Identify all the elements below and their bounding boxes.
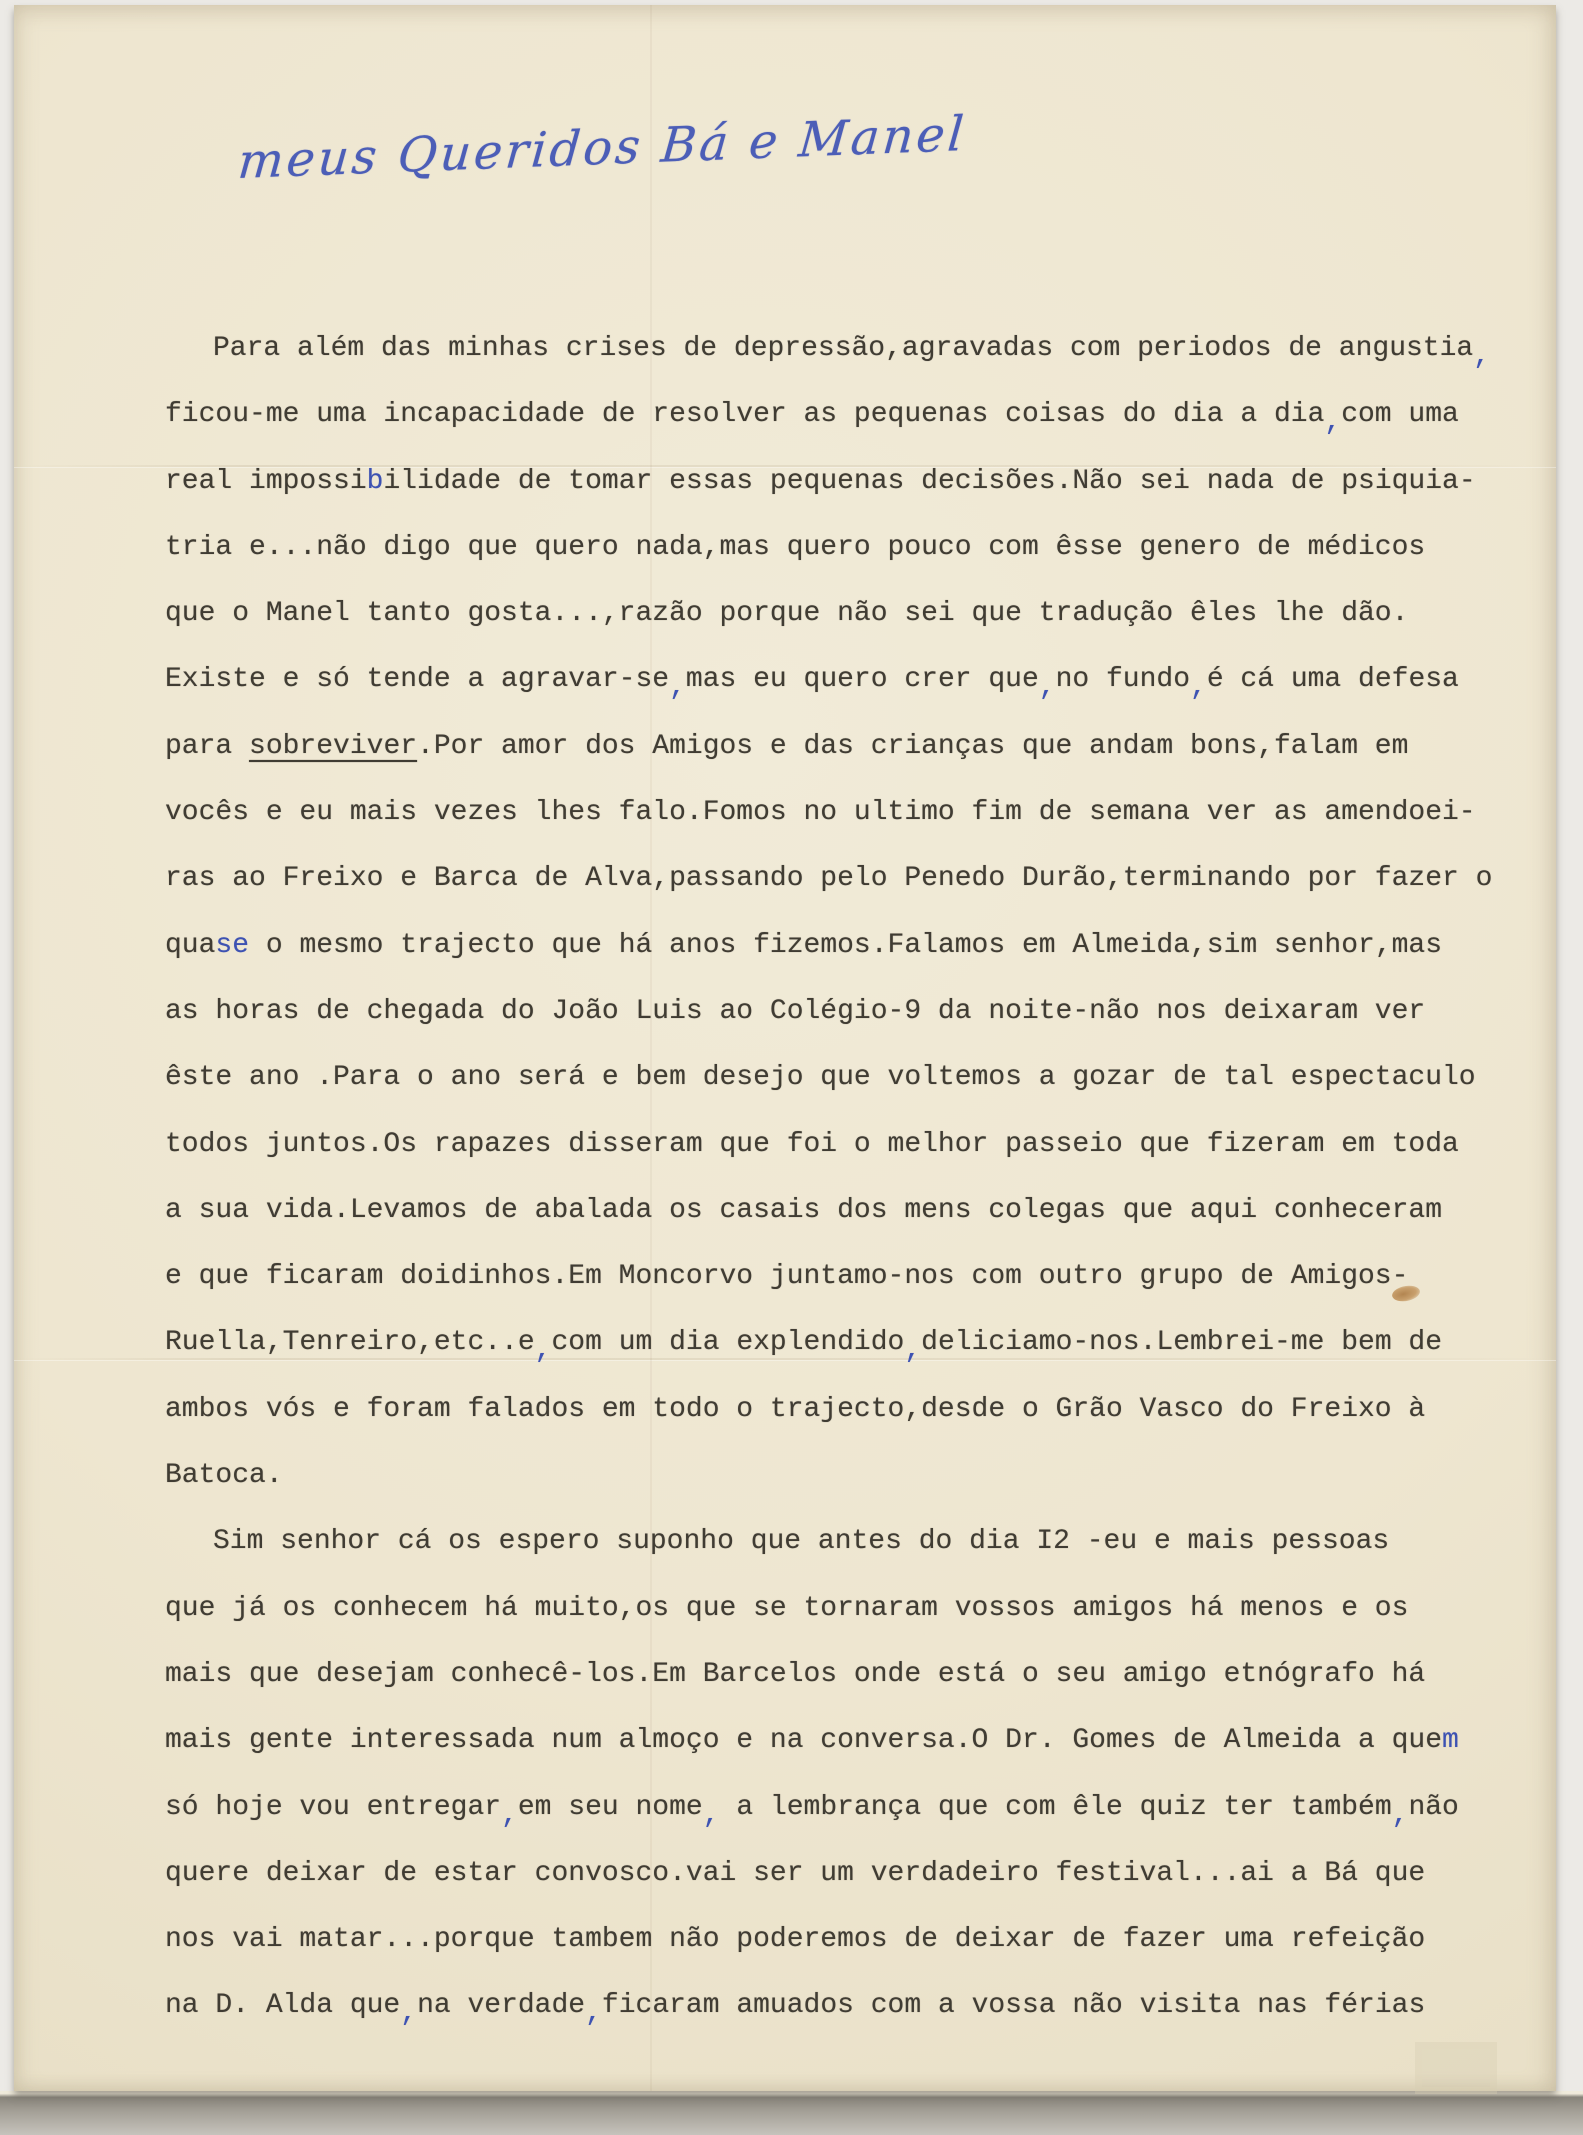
typewritten-text: ras ao Freixo e Barca de Alva,passando p… <box>165 863 1492 894</box>
pen-correction: , <box>535 1318 552 1384</box>
letter-line: ras ao Freixo e Barca de Alva,passando p… <box>165 846 1492 912</box>
typewritten-text: .Por amor dos Amigos e das crianças que … <box>417 731 1408 762</box>
typewritten-text: tria e...não digo que quero nada,mas que… <box>165 532 1425 563</box>
pen-correction: , <box>501 1783 518 1849</box>
typewritten-text: deliciamo-nos.Lembrei-me bem de <box>921 1327 1442 1358</box>
letter-line: a sua vida.Levamos de abalada os casais … <box>165 1178 1492 1244</box>
typewritten-text: qua <box>165 930 215 961</box>
letter-line: quase o mesmo trajecto que há anos fizem… <box>165 913 1492 979</box>
typewritten-text: a sua vida.Levamos de abalada os casais … <box>165 1195 1442 1226</box>
pen-correction: , <box>1324 390 1341 456</box>
typewritten-text: sobreviver <box>249 731 417 762</box>
pen-correction: , <box>669 655 686 721</box>
typewritten-text: a lembrança que com êle quiz ter também <box>720 1792 1392 1823</box>
typewritten-text: para <box>165 731 249 762</box>
scan-table-background <box>0 2091 1583 2135</box>
typewritten-text: vocês e eu mais vezes lhes falo.Fomos no… <box>165 797 1476 828</box>
typewritten-text: as horas de chegada do João Luis ao Colé… <box>165 996 1425 1027</box>
typewritten-text: só hoje vou entregar <box>165 1792 501 1823</box>
typewritten-text: Sim senhor cá os espero suponho que ante… <box>213 1526 1389 1557</box>
letter-line: para sobreviver.Por amor dos Amigos e da… <box>165 714 1492 780</box>
pen-correction: , <box>1190 655 1207 721</box>
typewritten-text: Batoca. <box>165 1460 283 1491</box>
letter-line: mais gente interessada num almoço e na c… <box>165 1708 1492 1774</box>
typewritten-text: êste ano .Para o ano será e bem desejo q… <box>165 1062 1476 1093</box>
typewritten-text: Ruella,Tenreiro,etc..e <box>165 1327 535 1358</box>
letter-line: ambos vós e foram falados em todo o traj… <box>165 1377 1492 1443</box>
letter-line: Existe e só tende a agravar-se,mas eu qu… <box>165 647 1492 713</box>
typewritten-text: ilidade de tomar essas pequenas decisões… <box>383 466 1475 497</box>
typewritten-text: é cá uma defesa <box>1207 664 1459 695</box>
pen-correction: , <box>703 1783 720 1849</box>
typewritten-text: ficaram amuados com a vossa não visita n… <box>602 1990 1425 2021</box>
pen-correction: , <box>1392 1783 1409 1849</box>
pen-correction: , <box>400 1981 417 2047</box>
typewritten-text: que já os conhecem há muito,os que se to… <box>165 1593 1408 1624</box>
typewritten-text: mas eu quero crer que <box>686 664 1039 695</box>
typewritten-text: nos vai matar...porque tambem não podere… <box>165 1924 1425 1955</box>
typewritten-text: no fundo <box>1056 664 1190 695</box>
faint-stamp <box>1415 2042 1497 2094</box>
typewritten-text: com uma <box>1341 399 1459 430</box>
letter-line: tria e...não digo que quero nada,mas que… <box>165 515 1492 581</box>
pen-correction: , <box>904 1318 921 1384</box>
letter-line: nos vai matar...porque tambem não podere… <box>165 1907 1492 1973</box>
letter-line: Ruella,Tenreiro,etc..e,com um dia explen… <box>165 1310 1492 1376</box>
letter-body: Para além das minhas crises de depressão… <box>165 316 1492 2040</box>
letter-line: vocês e eu mais vezes lhes falo.Fomos no… <box>165 780 1492 846</box>
letter-line: êste ano .Para o ano será e bem desejo q… <box>165 1045 1492 1111</box>
letter-line: Sim senhor cá os espero suponho que ante… <box>165 1509 1492 1575</box>
letter-line: só hoje vou entregar,em seu nome, a lemb… <box>165 1775 1492 1841</box>
typewritten-text: na verdade <box>417 1990 585 2021</box>
typewritten-text: com um dia explendido <box>551 1327 904 1358</box>
typewritten-text: todos juntos.Os rapazes disseram que foi… <box>165 1129 1459 1160</box>
letter-line: ficou-me uma incapacidade de resolver as… <box>165 382 1492 448</box>
pen-correction: b <box>367 466 384 497</box>
letter-line: real impossibilidade de tomar essas pequ… <box>165 449 1492 515</box>
typewritten-text: na D. Alda que <box>165 1990 400 2021</box>
pen-correction: , <box>1039 655 1056 721</box>
typewritten-text: em seu nome <box>518 1792 703 1823</box>
typewritten-text: real impossi <box>165 466 367 497</box>
typewritten-text: Para além das minhas crises de depressão… <box>213 333 1473 364</box>
pen-correction: m <box>1442 1725 1459 1756</box>
typewritten-text: mais que desejam conhecê-los.Em Barcelos… <box>165 1659 1425 1690</box>
typewritten-text: Existe e só tende a agravar-se <box>165 664 669 695</box>
pen-correction: se <box>215 930 249 961</box>
letter-line: que já os conhecem há muito,os que se to… <box>165 1576 1492 1642</box>
letter-line: mais que desejam conhecê-los.Em Barcelos… <box>165 1642 1492 1708</box>
typewritten-text: ambos vós e foram falados em todo o traj… <box>165 1394 1425 1425</box>
letter-line: as horas de chegada do João Luis ao Colé… <box>165 979 1492 1045</box>
letter-line: todos juntos.Os rapazes disseram que foi… <box>165 1112 1492 1178</box>
letter-line: e que ficaram doidinhos.Em Moncorvo junt… <box>165 1244 1492 1310</box>
pen-correction: , <box>1473 324 1490 390</box>
typewritten-text: não <box>1408 1792 1458 1823</box>
letter-line: que o Manel tanto gosta...,razão porque … <box>165 581 1492 647</box>
typewritten-text: mais gente interessada num almoço e na c… <box>165 1725 1442 1756</box>
typewritten-text: o mesmo trajecto que há anos fizemos.Fal… <box>249 930 1442 961</box>
letter-line: Batoca. <box>165 1443 1492 1509</box>
typewritten-text: ficou-me uma incapacidade de resolver as… <box>165 399 1324 430</box>
pen-correction: , <box>585 1981 602 2047</box>
typewritten-text: que o Manel tanto gosta...,razão porque … <box>165 598 1408 629</box>
letter-line: quere deixar de estar convosco.vai ser u… <box>165 1841 1492 1907</box>
typewritten-text: quere deixar de estar convosco.vai ser u… <box>165 1858 1425 1889</box>
letter-line: na D. Alda que,na verdade,ficaram amuado… <box>165 1973 1492 2039</box>
letter-line: Para além das minhas crises de depressão… <box>165 316 1492 382</box>
typewritten-text: e que ficaram doidinhos.Em Moncorvo junt… <box>165 1261 1408 1292</box>
